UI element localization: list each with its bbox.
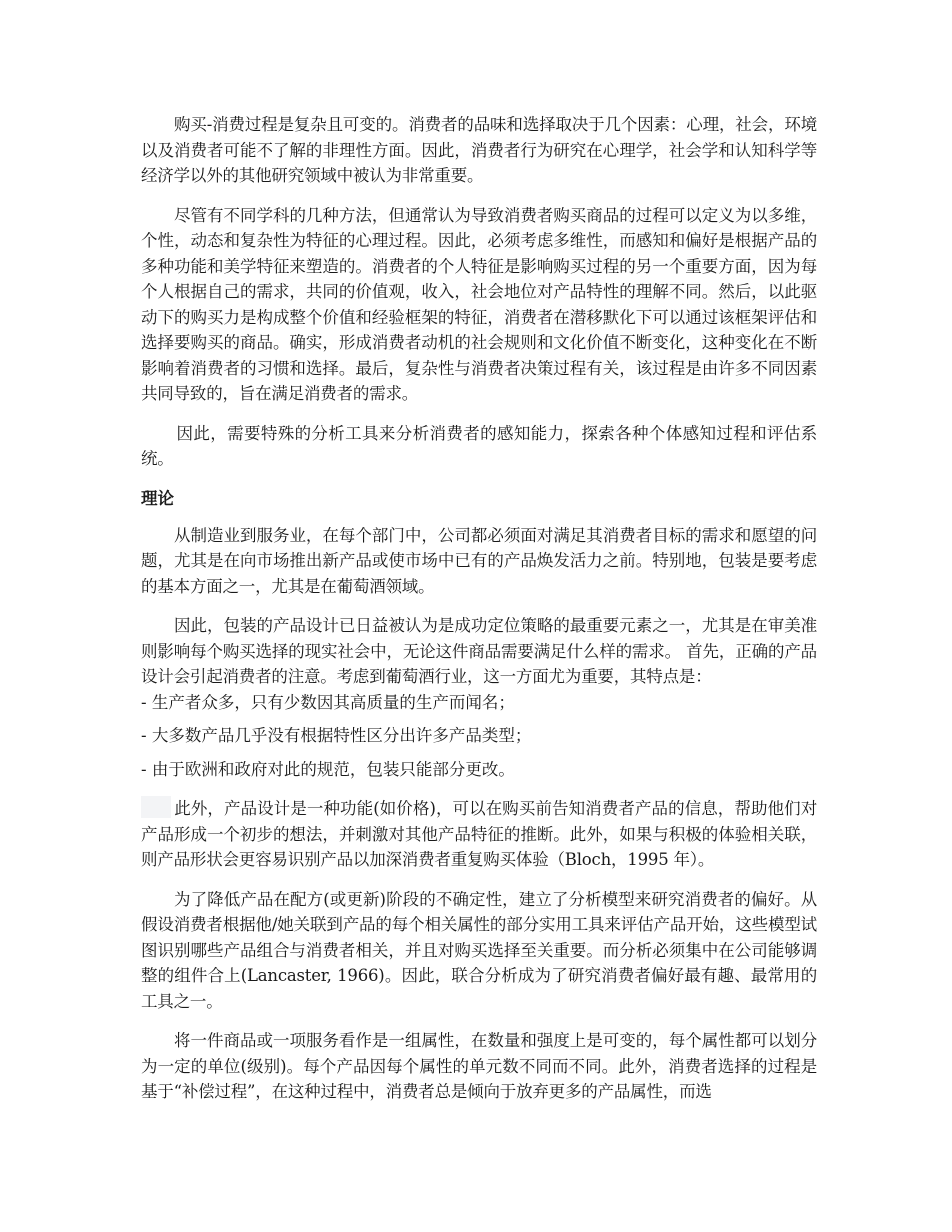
paragraph-multidimensional-process: 尽管有不同学科的几种方法，但通常认为导致消费者购买商品的过程可以定义为以多维，个… — [141, 203, 817, 407]
text-highlight-marker — [141, 796, 171, 818]
paragraph-attributes-bundle: 将一件商品或一项服务看作是一组属性，在数量和强度上是可变的，每个属性都可以划分为… — [141, 1028, 817, 1105]
paragraph-product-design-function: 此外，产品设计是一种功能(如价格)，可以在购买前告知消费者产品的信息，帮助他们对… — [141, 796, 817, 873]
paragraph-consumption-process: 购买-消费过程是复杂且可变的。消费者的品味和选择取决于几个因素：心理，社会，环境… — [141, 112, 817, 189]
paragraph-packaging-design: 因此，包装的产品设计已日益被认为是成功定位策略的最重要元素之一，尤其是在审美准则… — [141, 613, 817, 690]
bullet-item-product-types: - 大多数产品几乎没有根据特性区分出许多产品类型； — [141, 723, 817, 749]
bullet-item-producers: - 生产者众多，只有少数因其高质量的生产而闻名； — [141, 690, 817, 716]
section-heading-theory: 理论 — [141, 486, 817, 511]
paragraph-manufacturing-services: 从制造业到服务业，在每个部门中，公司都必须面对满足其消费者目标的需求和愿望的问题… — [141, 523, 817, 600]
document-page: 购买-消费过程是复杂且可变的。消费者的品味和选择取决于几个因素：心理，社会，环境… — [141, 112, 817, 1119]
bullet-item-regulations: - 由于欧洲和政府对此的规范，包装只能部分更改。 — [141, 757, 817, 783]
paragraph-analysis-tools: 因此，需要特殊的分析工具来分析消费者的感知能力，探索各种个体感知过程和评估系统。 — [141, 421, 817, 472]
paragraph-product-design-function-text: 此外，产品设计是一种功能(如价格)，可以在购买前告知消费者产品的信息，帮助他们对… — [141, 799, 817, 869]
paragraph-analytical-models: 为了降低产品在配方(或更新)阶段的不确定性，建立了分析模型来研究消费者的偏好。从… — [141, 887, 817, 1015]
